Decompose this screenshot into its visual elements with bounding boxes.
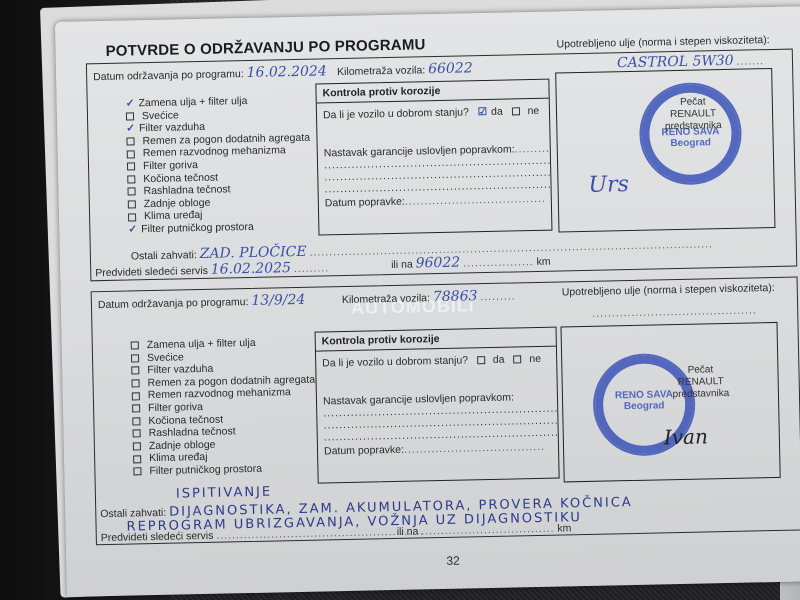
checkmark-icon[interactable]: ☑ <box>478 106 488 118</box>
next-service-km: 96022 <box>416 255 461 272</box>
signature: Ivan <box>664 424 709 449</box>
vehicle-ok-row: Da li je vozilo u dobrom stanju? da ne <box>316 353 556 370</box>
checkbox-icon[interactable] <box>513 356 521 364</box>
checkmark-icon: ✓ <box>126 123 135 135</box>
date-field-2: Datum održavanja po programu: 13/9/24 <box>98 292 306 312</box>
checklist-2: Zamena ulja + filter ulja Svećice Filter… <box>131 336 317 478</box>
corrosion-title: Kontrola protiv korozije <box>316 328 556 352</box>
date-label: Datum održavanja po programu: <box>93 68 244 83</box>
stamp-label: Pečat RENAULT predstavnika <box>660 364 741 402</box>
mileage-field-1: Kilometraža vozila: 66022 <box>337 60 473 79</box>
corrosion-title: Kontrola protiv korozije <box>316 80 548 104</box>
checkbox-icon[interactable] <box>511 108 519 116</box>
oil-label-2: Upotrebljeno ulje (norma i stepen viskoz… <box>562 282 775 298</box>
service-book-page: POTVRDE O ODRŽAVANJU PO PROGRAMU Datum o… <box>55 6 800 597</box>
corrosion-control-2: Kontrola protiv korozije Da li je vozilo… <box>315 327 560 484</box>
checkbox-icon <box>128 213 136 221</box>
repair-date-row: Datum popravke:.........................… <box>319 193 551 210</box>
repair-date-row: Datum popravke:.........................… <box>318 441 558 458</box>
mileage-value: 66022 <box>428 60 473 77</box>
checklist-item[interactable]: Filter putničkog prostora <box>133 462 317 478</box>
checkmark-icon: ✓ <box>126 97 135 109</box>
service-entry-2: Datum održavanja po programu: 13/9/24 Ki… <box>91 277 800 546</box>
date-field-1: Datum održavanja po programu: 16.02.2024 <box>93 63 327 84</box>
mileage-label: Kilometraža vozila: <box>337 64 425 78</box>
service-entry-1: Datum održavanja po programu: 16.02.2024… <box>86 49 797 282</box>
stamp-area-2: RENO SAVA Beograd Pečat RENAULT predstav… <box>560 322 780 483</box>
stamp-area-1: RENO SAVA Beograd Pečat RENAULT predstav… <box>555 68 775 233</box>
checklist-1: ✓Zamena ulja + filter ulja Svećice ✓Filt… <box>126 94 312 236</box>
stamp-label: Pečat RENAULT predstavnika <box>653 96 734 134</box>
checklist-item[interactable]: ✓Filter putničkog prostora <box>128 220 312 236</box>
checkbox-icon <box>126 137 134 145</box>
corrosion-control-1: Kontrola protiv korozije Da li je vozilo… <box>315 79 552 236</box>
signature: Urs <box>588 172 629 198</box>
oil-value-2: ........................................… <box>592 304 757 319</box>
checkbox-icon <box>127 175 135 183</box>
other-work-line-0: ISPITIVANJE <box>176 485 273 502</box>
checkbox-icon <box>127 188 135 196</box>
vehicle-ok-row: Da li je vozilo u dobrom stanju? ☑da ne <box>317 105 549 122</box>
checkbox-icon[interactable] <box>477 356 485 364</box>
date-value: 13/9/24 <box>251 292 305 309</box>
checkbox-icon <box>127 163 135 171</box>
mileage-field-2: Kilometraža vozila: 78863 ......... <box>342 287 516 307</box>
checkbox-icon <box>128 200 136 208</box>
next-service-km-1: ili na 96022 .................. km <box>391 253 551 272</box>
next-service-date: 16.02.2025 <box>211 260 291 278</box>
mileage-value: 78863 <box>433 288 478 305</box>
checkmark-icon: ✓ <box>128 223 137 235</box>
checkbox-icon <box>127 150 135 158</box>
checkbox-icon <box>126 112 134 120</box>
page-number: 32 <box>446 554 460 568</box>
date-value: 16.02.2024 <box>246 63 326 81</box>
oil-label-1: Upotrebljeno ulje (norma i stepen viskoz… <box>556 34 769 50</box>
next-service-km-2: ili na .................................… <box>397 522 572 538</box>
